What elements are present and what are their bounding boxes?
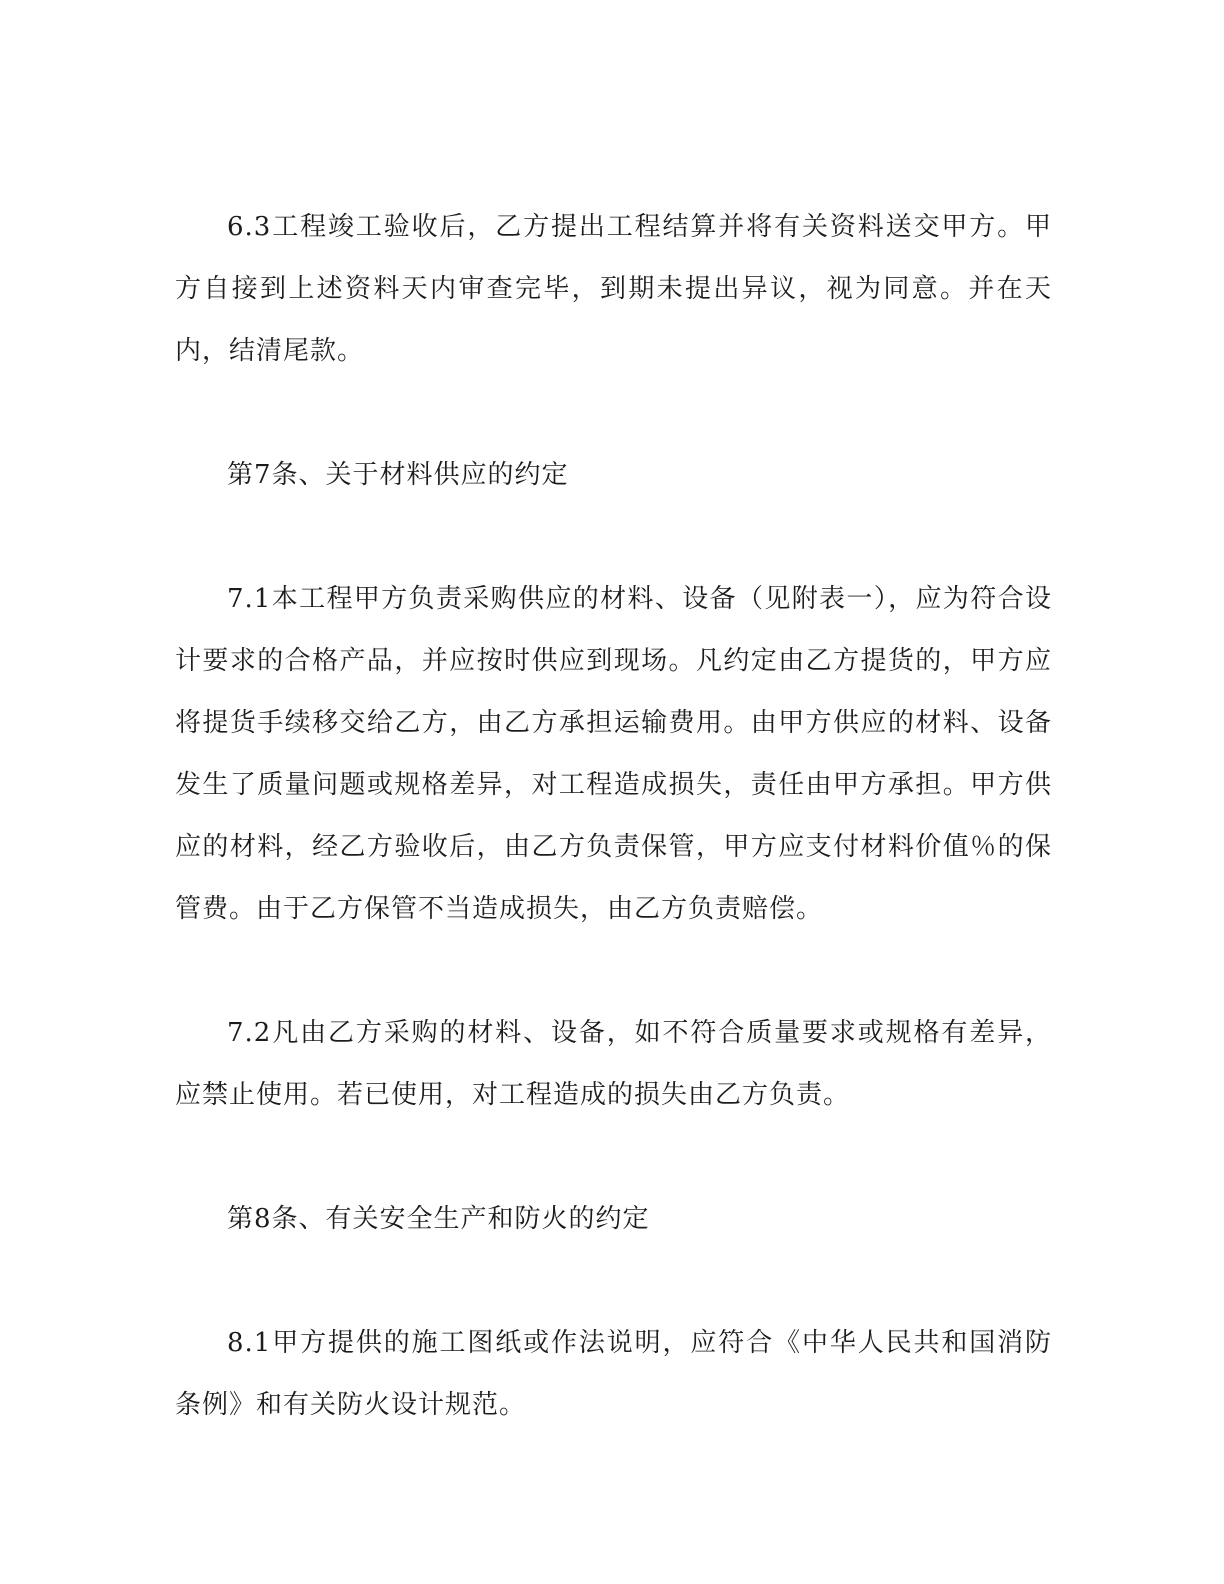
contract-document-page: 6.3工程竣工验收后，乙方提出工程结算并将有关资料送交甲方。甲方自接到上述资料天…: [0, 0, 1224, 1584]
contract-clause-7-1: 7.1本工程甲方负责采购供应的材料、设备（见附表一），应为符合设计要求的合格产品…: [175, 568, 1052, 940]
contract-heading-article-8: 第8条、有关安全生产和防火的约定: [175, 1188, 1052, 1250]
contract-clause-6-3: 6.3工程竣工验收后，乙方提出工程结算并将有关资料送交甲方。甲方自接到上述资料天…: [175, 196, 1052, 382]
contract-heading-article-7: 第7条、关于材料供应的约定: [175, 444, 1052, 506]
contract-clause-7-2: 7.2凡由乙方采购的材料、设备，如不符合质量要求或规格有差异，应禁止使用。若已使…: [175, 1002, 1052, 1126]
contract-clause-8-1: 8.1甲方提供的施工图纸或作法说明，应符合《中华人民共和国消防条例》和有关防火设…: [175, 1312, 1052, 1436]
